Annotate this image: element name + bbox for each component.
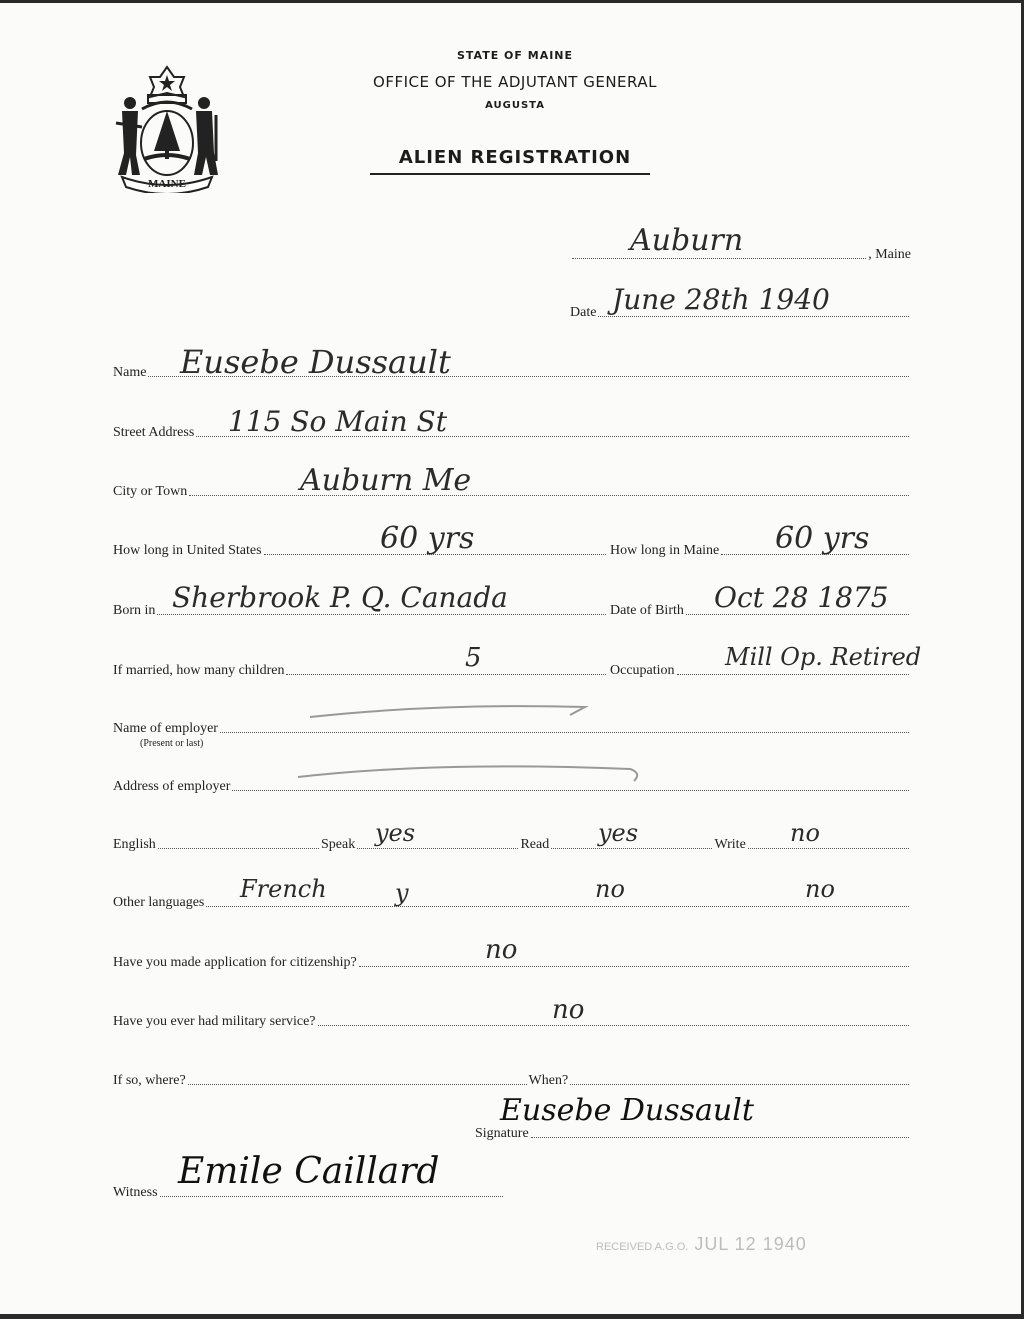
- signature-label: Signature: [475, 1126, 529, 1142]
- witness-value[interactable]: Emile Caillard: [178, 1151, 439, 1192]
- place-value[interactable]: Auburn: [630, 223, 743, 258]
- english-write-value[interactable]: no: [790, 819, 820, 847]
- born-label: Born in: [113, 603, 155, 619]
- citizenship-value[interactable]: no: [485, 935, 517, 965]
- occupation-value[interactable]: Mill Op. Retired: [725, 643, 921, 671]
- place-suffix: , Maine: [868, 247, 911, 263]
- title-underline: [370, 173, 650, 175]
- years-maine-value[interactable]: 60 yrs: [775, 521, 869, 556]
- when-label: When?: [529, 1073, 569, 1089]
- dob-value[interactable]: Oct 28 1875: [714, 581, 889, 614]
- signature-value[interactable]: Eusebe Dussault: [500, 1093, 754, 1128]
- children-line: If married, how many children: [113, 663, 608, 679]
- military-value[interactable]: no: [552, 995, 584, 1025]
- date-label: Date: [570, 305, 596, 321]
- city-label: City or Town: [113, 484, 187, 500]
- employer-name-label: Name of employer: [113, 721, 218, 737]
- street-label: Street Address: [113, 425, 194, 441]
- name-label: Name: [113, 365, 146, 381]
- children-value[interactable]: 5: [465, 643, 482, 673]
- other-language-value[interactable]: French: [240, 875, 327, 903]
- military-line: Have you ever had military service?: [113, 1014, 911, 1030]
- employer-address-label: Address of employer: [113, 779, 230, 795]
- city-line: City or Town: [113, 484, 911, 500]
- born-value[interactable]: Sherbrook P. Q. Canada: [172, 581, 508, 614]
- name-value[interactable]: Eusebe Dussault: [180, 343, 451, 381]
- city-value[interactable]: Auburn Me: [300, 463, 471, 498]
- svg-text:MAINE: MAINE: [148, 178, 186, 190]
- where-when-line: If so, where? When?: [113, 1073, 911, 1089]
- english-read-value[interactable]: yes: [598, 819, 638, 847]
- years-us-label: How long in United States: [113, 543, 262, 559]
- english-speak-value[interactable]: yes: [375, 819, 415, 847]
- other-write-value[interactable]: no: [805, 875, 835, 903]
- blank-dash-stroke: [290, 755, 660, 785]
- street-value[interactable]: 115 So Main St: [228, 405, 447, 438]
- stamp-date: JUL 12 1940: [694, 1234, 806, 1254]
- witness-label: Witness: [113, 1185, 158, 1201]
- page-title: ALIEN REGISTRATION: [355, 147, 675, 168]
- english-label: English: [113, 837, 156, 853]
- maine-state-seal-icon: MAINE: [112, 65, 222, 193]
- received-stamp: RECEIVED A.G.O. JUL 12 1940: [596, 1234, 807, 1255]
- date-value[interactable]: June 28th 1940: [612, 283, 830, 316]
- military-label: Have you ever had military service?: [113, 1014, 316, 1030]
- citizenship-label: Have you made application for citizenshi…: [113, 955, 357, 971]
- read-label: Read: [520, 837, 549, 853]
- other-languages-line: Other languages: [113, 895, 911, 911]
- header-city: AUGUSTA: [355, 100, 675, 111]
- years-us-value[interactable]: 60 yrs: [380, 521, 474, 556]
- header-state: STATE OF MAINE: [355, 49, 675, 62]
- stamp-prefix: RECEIVED A.G.O.: [596, 1241, 688, 1253]
- speak-label: Speak: [321, 837, 355, 853]
- other-speak-value[interactable]: y: [395, 879, 409, 907]
- header-office: OFFICE OF THE ADJUTANT GENERAL: [355, 73, 675, 91]
- other-languages-label: Other languages: [113, 895, 204, 911]
- registration-form: MAINE STATE OF MAINE OFFICE OF THE ADJUT…: [0, 3, 1021, 1314]
- where-label: If so, where?: [113, 1073, 186, 1089]
- children-label: If married, how many children: [113, 663, 284, 679]
- occupation-label: Occupation: [610, 663, 675, 679]
- dob-label: Date of Birth: [610, 603, 684, 619]
- write-label: Write: [714, 837, 745, 853]
- signature-line: Signature: [475, 1126, 911, 1142]
- other-read-value[interactable]: no: [595, 875, 625, 903]
- years-maine-label: How long in Maine: [610, 543, 719, 559]
- employer-sublabel: (Present or last): [140, 738, 203, 749]
- blank-dash-stroke: [300, 695, 600, 725]
- years-us-line: How long in United States: [113, 543, 608, 559]
